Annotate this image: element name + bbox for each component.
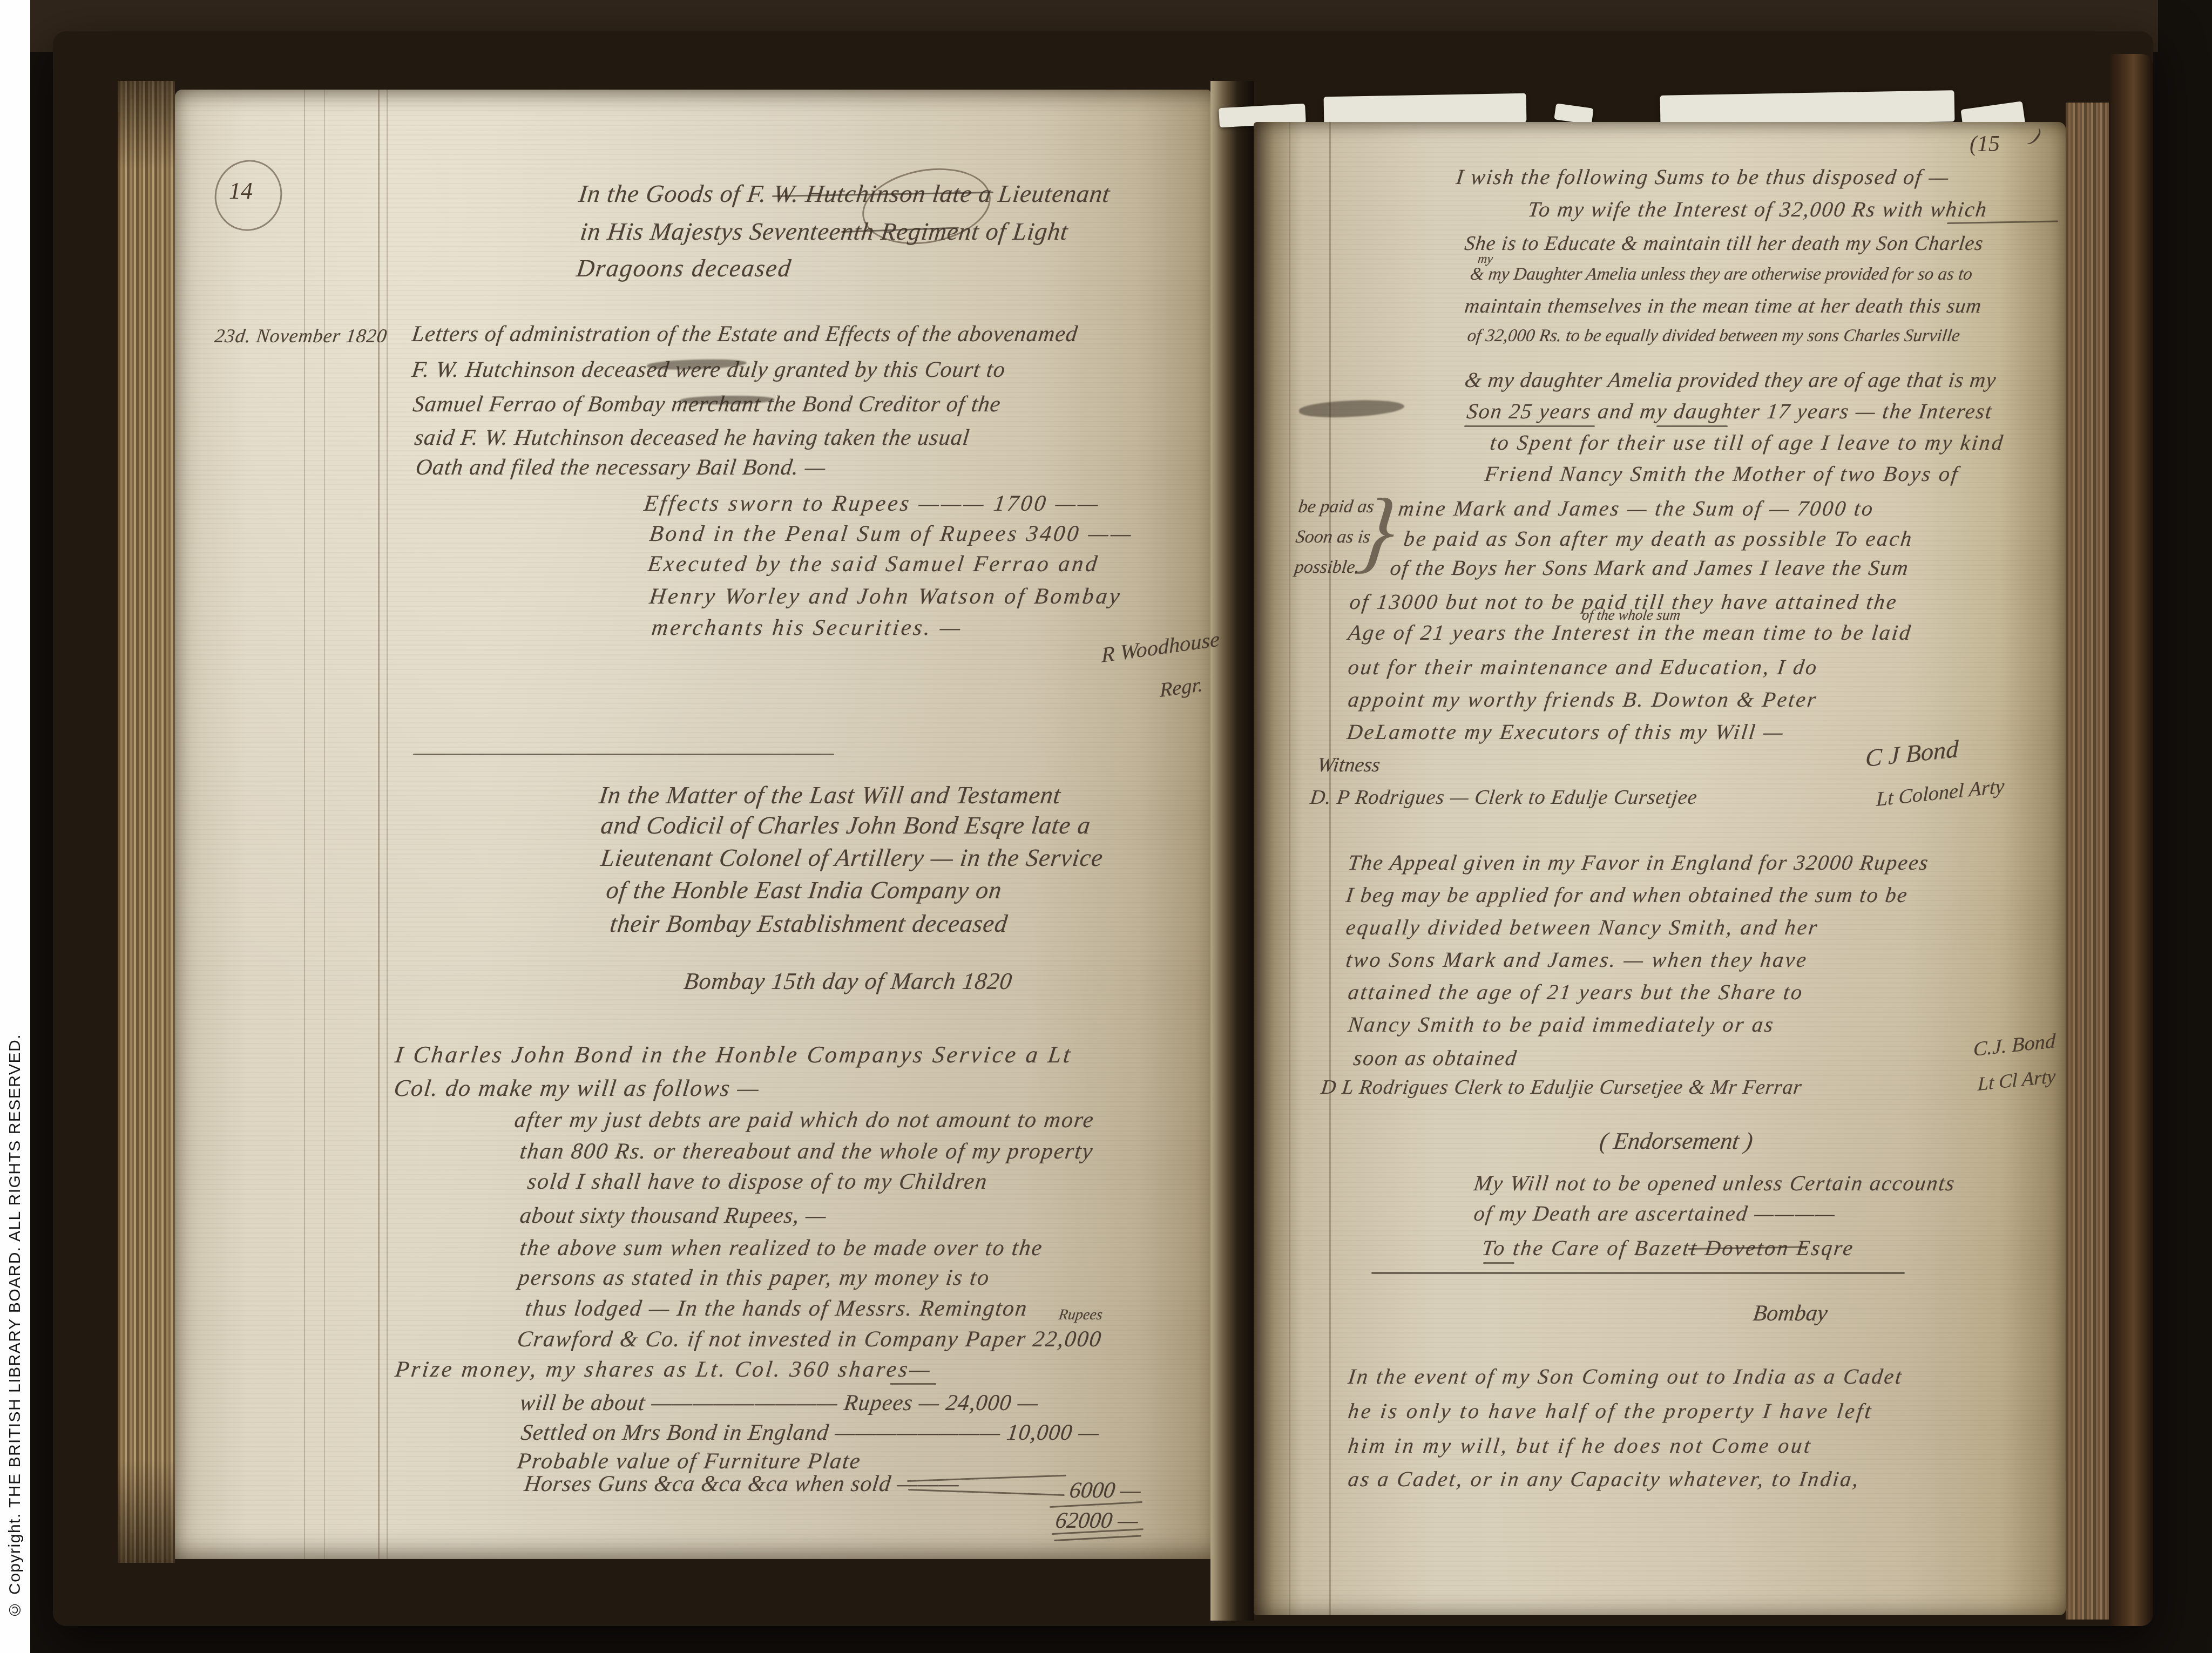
ink-marks-layer (0, 0, 2212, 1653)
with-which-underline (1947, 220, 2058, 224)
section-divider (413, 754, 834, 755)
leader-line-1 (907, 1475, 1066, 1482)
endorsement-rule (1371, 1272, 1905, 1274)
manuscript-photo-scene: 14 (15 23d. November 1820 In the Goods o… (0, 0, 2212, 1653)
total-line-bottom-1 (1052, 1528, 1144, 1535)
merchant-smear (680, 395, 775, 405)
doveton-strike (1688, 1246, 1808, 1250)
were-duly-smear (647, 358, 747, 371)
leader-line-2 (908, 1489, 1065, 1496)
17-years-underline (1656, 425, 1728, 427)
copyright-strip: © Copyright. THE BRITISH LIBRARY BOARD. … (0, 0, 30, 1653)
total-line-top (1050, 1501, 1142, 1508)
total-line-bottom-2 (1054, 1535, 1141, 1541)
page-number-oval (206, 151, 292, 240)
margin-scribble (1298, 398, 1404, 419)
copyright-text: © Copyright. THE BRITISH LIBRARY BOARD. … (6, 1034, 24, 1618)
son-25-underline (1464, 425, 1595, 427)
hutchinson-oval (856, 159, 997, 254)
360-underline (890, 1383, 936, 1385)
to-underline (1483, 1262, 1514, 1264)
